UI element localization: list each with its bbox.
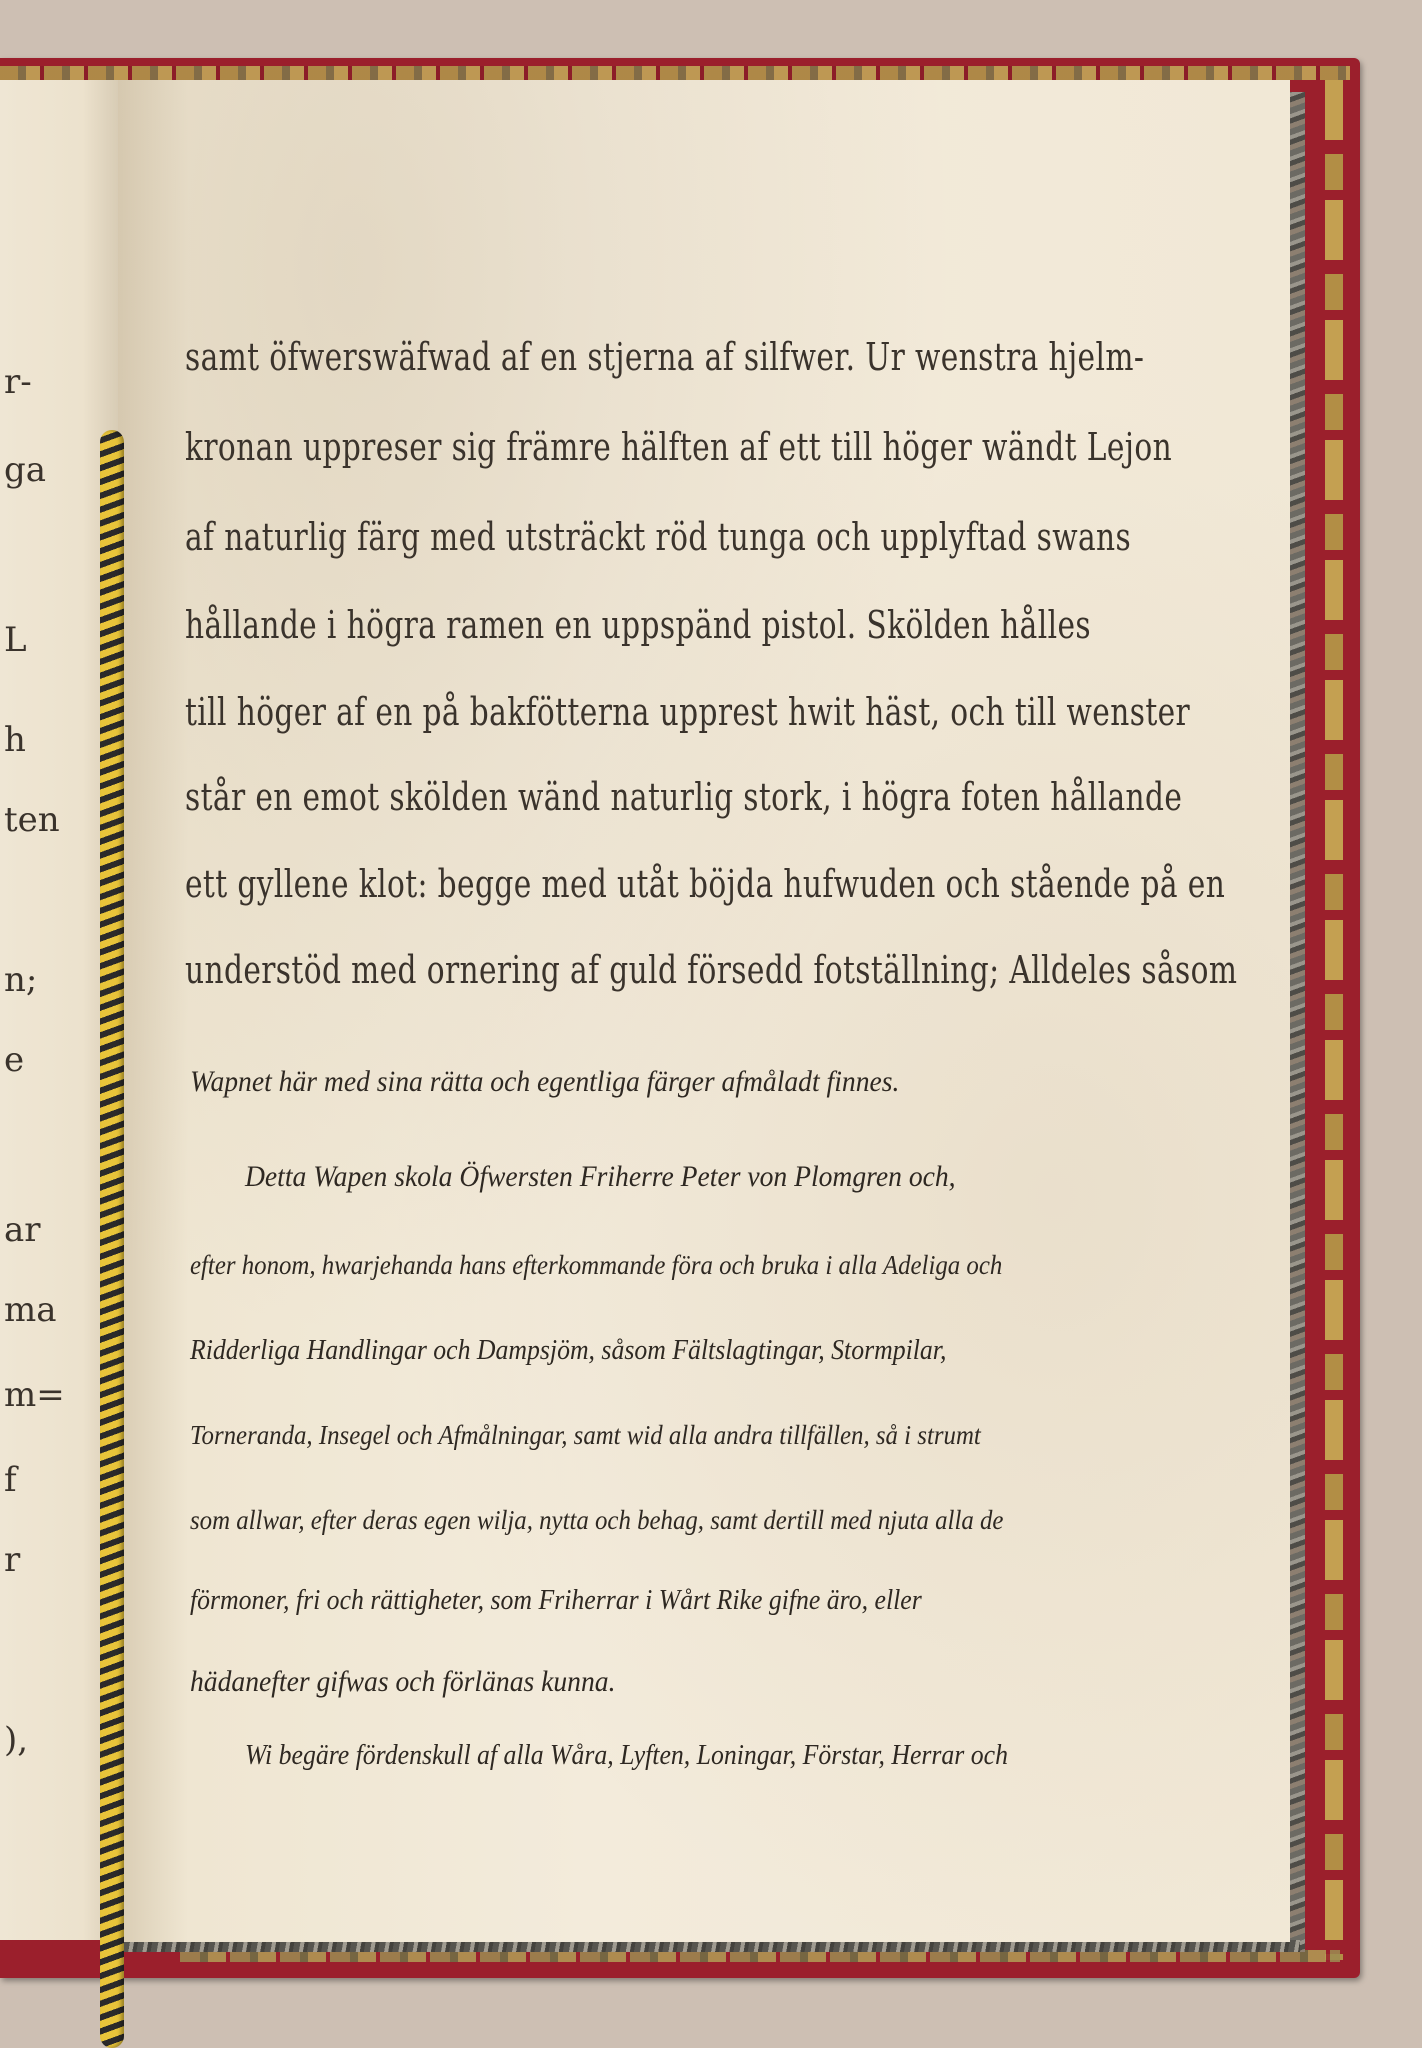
grant-line: Wi begäre fördenskull af alla Wåra, Lyft… [245, 1740, 1008, 1772]
left-page-fragment: n; [4, 960, 37, 1000]
braided-bookmark-cord [100, 430, 124, 2048]
left-page-fragment: ar [4, 1210, 41, 1250]
blazon-line: af naturlig färg med utsträckt röd tunga… [185, 515, 1131, 559]
blazon-line: ett gyllene klot: begge med utåt böjda h… [185, 862, 1225, 906]
blazon-line: till höger af en på bakfötterna upprest … [185, 690, 1190, 734]
blazon-line: hållande i högra ramen en uppspänd pisto… [185, 603, 1091, 647]
grant-line: efter honom, hwarjehanda hans efterkomma… [190, 1250, 1002, 1281]
left-page-fragment: L [4, 620, 27, 660]
gold-tooled-border-right [1325, 80, 1343, 1960]
left-page-fragment: ma [4, 1290, 57, 1330]
grant-line: Ridderliga Handlingar och Dampsjöm, såso… [190, 1335, 946, 1367]
left-page-fragment: f [4, 1460, 17, 1500]
left-page-fragment: r- [4, 362, 32, 402]
grant-line: som allwar, efter deras egen wilja, nytt… [190, 1505, 1003, 1536]
grant-line: Wapnet här med sina rätta och egentliga … [190, 1065, 899, 1099]
left-page-fragment: ga [4, 450, 46, 490]
grant-line: hädanefter gifwas och förlänas kunna. [190, 1665, 615, 1699]
blazon-line: står en emot skölden wänd naturlig stork… [185, 775, 1182, 819]
left-page-fragment: e [4, 1040, 24, 1080]
gold-tooled-border-top [0, 66, 1350, 80]
grant-line: Detta Wapen skola Öfwersten Friherre Pet… [245, 1160, 956, 1194]
grant-line: Torneranda, Insegel och Afmålningar, sam… [190, 1420, 981, 1451]
left-page-fragment: r [4, 1540, 20, 1580]
left-page-fragment: h [4, 720, 26, 760]
blazon-line: understöd med ornering af guld försedd f… [185, 948, 1237, 992]
blazon-line: samt öfwerswäfwad af en stjerna af silfw… [185, 335, 1144, 379]
blazon-line: kronan uppreser sig främre hälften af et… [185, 425, 1172, 469]
left-page-fragment: ), [4, 1720, 28, 1760]
left-page-fragment: ten [4, 800, 60, 840]
left-page-fragment: m= [4, 1375, 65, 1415]
grant-line: förmoner, fri och rättigheter, som Frihe… [190, 1585, 922, 1617]
